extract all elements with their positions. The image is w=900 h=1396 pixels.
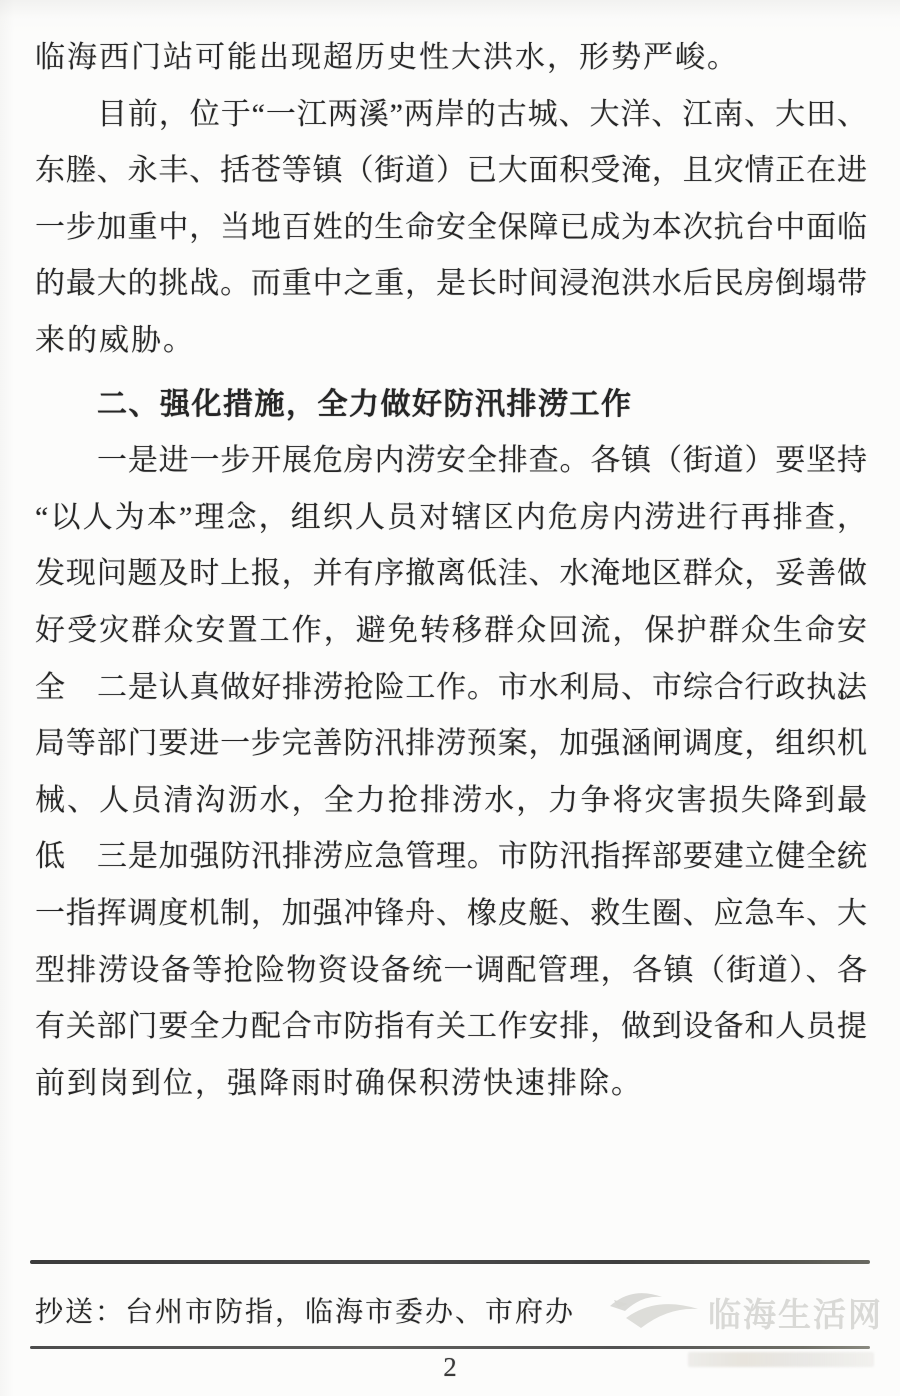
document-line: 目前，位于“一江两溪”两岸的古城、大洋、江南、大田、 — [35, 87, 867, 144]
document-line: 东塍、永丰、括苍等镇（街道）已大面积受淹，且灾情正在进 — [35, 143, 867, 200]
footer-divider-top — [30, 1260, 870, 1264]
document-line: 前到岗到位，强降雨时确保积涝快速排除。 — [35, 1056, 867, 1113]
document-line: 一步加重中，当地百姓的生命安全保障已成为本次抗台中面临 — [35, 200, 867, 257]
document-line: “以人为本”理念，组织人员对辖区内危房内涝进行再排查， — [35, 490, 867, 547]
watermark-site-name: 临海生活网 — [708, 1289, 883, 1336]
document-line: 发现问题及时上报，并有序撤离低洼、水淹地区群众，妥善做 — [35, 546, 867, 603]
document-line: 型排涝设备等抢险物资设备统一调配管理，各镇（街道）、各 — [35, 943, 867, 1000]
section-heading: 二、强化措施，全力做好防汛排涝工作 — [35, 377, 867, 434]
document-line: 二是认真做好排涝抢险工作。市水利局、市综合行政执法 — [35, 660, 867, 717]
document-line: 三是加强防汛排涝应急管理。市防汛指挥部要建立健全统 — [35, 829, 867, 886]
watermark: 临海生活网 — [608, 1286, 883, 1338]
document-line: 一指挥调度机制，加强冲锋舟、橡皮艇、救生圈、应急车、大 — [35, 886, 867, 943]
document-line: 一是进一步开展危房内涝安全排查。各镇（街道）要坚持 — [35, 433, 867, 490]
document-page: 临海西门站可能出现超历史性大洪水，形势严峻。 目前，位于“一江两溪”两岸的古城、… — [0, 0, 900, 1396]
footer-divider-bottom — [30, 1346, 870, 1349]
cc-line: 抄送：台州市防指，临海市委办、市府办 — [35, 1288, 575, 1338]
document-line: 好受灾群众安置工作，避免转移群众回流，保护群众生命安全。 — [35, 603, 867, 660]
document-line: 局等部门要进一步完善防汛排涝预案，加强涵闸调度，组织机 — [35, 716, 867, 773]
document-line: 有关部门要全力配合市防指有关工作安排，做到设备和人员提 — [35, 999, 867, 1056]
document-line: 临海西门站可能出现超历史性大洪水，形势严峻。 — [35, 30, 867, 87]
document-line: 来的威胁。 — [35, 313, 867, 370]
document-body: 临海西门站可能出现超历史性大洪水，形势严峻。 目前，位于“一江两溪”两岸的古城、… — [35, 30, 867, 1112]
document-line: 械、人员清沟沥水，全力抢排涝水，力争将灾害损失降到最低。 — [35, 773, 867, 830]
document-line: 的最大的挑战。而重中之重，是长时间浸泡洪水后民房倒塌带 — [35, 256, 867, 313]
page-number: 2 — [0, 1352, 900, 1383]
bird-logo-icon — [608, 1286, 700, 1338]
